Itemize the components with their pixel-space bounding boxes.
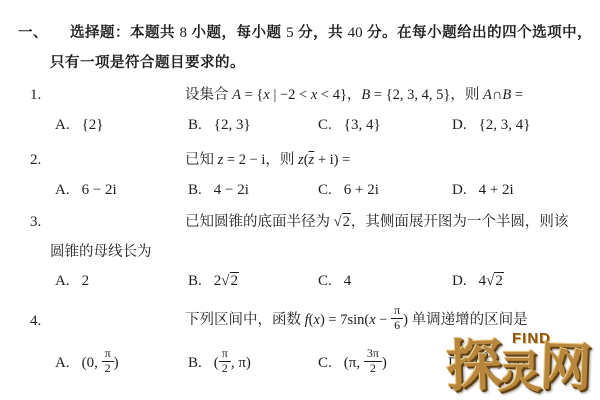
math-text: = 2 − i， bbox=[223, 152, 280, 168]
option-value: {3, 4} bbox=[344, 117, 381, 133]
math-text: = { bbox=[241, 87, 263, 103]
option-value: (0, π2) bbox=[82, 355, 119, 371]
stem-text: 已知圆锥的底面半径为 bbox=[185, 214, 334, 230]
fraction-numerator: π bbox=[219, 347, 231, 362]
header-text: 小题，每小题 bbox=[187, 25, 286, 41]
math-var: A bbox=[483, 87, 492, 103]
stem-text: 已知 bbox=[185, 152, 218, 168]
math-text: (π, bbox=[344, 355, 364, 371]
option-label: D. bbox=[452, 182, 467, 198]
option-label: B. bbox=[188, 273, 202, 289]
fraction-numerator: π bbox=[391, 304, 403, 319]
option-value: (π2, π) bbox=[214, 355, 251, 371]
option-value: {2} bbox=[82, 117, 104, 133]
option-2a: A.6 − 2i bbox=[55, 180, 117, 200]
radical-sign: √ bbox=[221, 273, 229, 289]
header-text: 分。在每小题给出的四个选项中， bbox=[363, 25, 593, 41]
watermark-site-name: 探灵网 bbox=[446, 322, 592, 400]
radicand: 2 bbox=[342, 213, 351, 230]
header-count: 8 bbox=[180, 25, 188, 41]
option-3c: C.4 bbox=[318, 271, 351, 291]
math-text: = bbox=[511, 87, 523, 103]
option-label: B. bbox=[188, 182, 202, 198]
radical-sign: √ bbox=[334, 214, 342, 230]
coefficient: 4 bbox=[479, 273, 487, 289]
section-number: 一、 bbox=[18, 23, 48, 43]
option-value: 2√2 bbox=[214, 272, 239, 289]
option-3d: D.4√2 bbox=[452, 271, 504, 291]
option-4c: C.(π, 3π2) bbox=[318, 346, 387, 386]
intersection-symbol: ∩ bbox=[492, 87, 502, 103]
option-value: 6 + 2i bbox=[344, 182, 379, 198]
option-label: B. bbox=[188, 117, 202, 133]
option-label: A. bbox=[55, 182, 70, 198]
option-label: D. bbox=[452, 273, 467, 289]
question-3-stem-line2: 圆锥的母线长为 bbox=[50, 242, 152, 262]
watermark-char: 探 bbox=[445, 321, 504, 400]
stem-text: 则 bbox=[465, 87, 483, 103]
option-2d: D.4 + 2i bbox=[452, 180, 514, 200]
option-4a: A.(0, π2) bbox=[55, 346, 119, 386]
question-2-options: A.6 − 2i B.4 − 2i C.6 + 2i D.4 + 2i bbox=[0, 180, 600, 202]
sqrt-expression: √2 bbox=[334, 213, 351, 230]
question-1-options: A.{2} B.{2, 3} C.{3, 4} D.{2, 3, 4} bbox=[0, 115, 600, 137]
stem-text: 设集合 bbox=[185, 87, 232, 103]
fraction: π2 bbox=[219, 347, 231, 376]
header-text: 选择题：本题共 bbox=[70, 25, 180, 41]
fraction-denominator: 2 bbox=[364, 362, 382, 376]
fraction: π6 bbox=[391, 304, 403, 333]
watermark-char: 网 bbox=[539, 324, 594, 400]
option-1b: B.{2, 3} bbox=[188, 115, 251, 135]
question-2-number: 2. bbox=[30, 150, 41, 170]
option-value: {2, 3} bbox=[214, 117, 251, 133]
math-var: B bbox=[502, 87, 511, 103]
option-value: 4 bbox=[344, 273, 352, 289]
header-points: 5 bbox=[286, 25, 294, 41]
option-2b: B.4 − 2i bbox=[188, 180, 249, 200]
option-1c: C.{3, 4} bbox=[318, 115, 381, 135]
math-text: | −2 < bbox=[270, 87, 311, 103]
math-text: , π) bbox=[231, 355, 251, 371]
option-value: 4√2 bbox=[479, 272, 504, 289]
watermark-logo: FIND 探灵网 bbox=[446, 328, 598, 400]
exam-page: 一、 选择题：本题共 8 小题，每小题 5 分，共 40 分。在每小题给出的四个… bbox=[0, 0, 600, 400]
option-label: A. bbox=[55, 355, 70, 371]
math-var: A bbox=[232, 87, 241, 103]
math-text: + i) = bbox=[314, 152, 350, 168]
question-1-stem: 设集合 A = {x | −2 < x < 4}，B = {2, 3, 4, 5… bbox=[185, 85, 523, 105]
option-label: A. bbox=[55, 117, 70, 133]
fraction: 3π2 bbox=[364, 347, 382, 376]
math-var: B bbox=[361, 87, 370, 103]
math-text: ) bbox=[403, 312, 411, 328]
radicand: 2 bbox=[494, 272, 504, 289]
question-2-stem: 已知 z = 2 − i，则 z(z + i) = bbox=[185, 150, 350, 170]
math-text: (0, bbox=[82, 355, 102, 371]
stem-text: 下列区间中，函数 bbox=[185, 312, 305, 328]
question-4-number: 4. bbox=[30, 311, 41, 331]
math-text: < 4}， bbox=[317, 87, 361, 103]
option-label: D. bbox=[452, 117, 467, 133]
option-label: C. bbox=[318, 273, 332, 289]
option-value: 6 − 2i bbox=[82, 182, 117, 198]
question-3-number: 3. bbox=[30, 212, 41, 232]
sqrt-expression: √2 bbox=[486, 272, 504, 289]
option-label: B. bbox=[188, 355, 202, 371]
fraction: π2 bbox=[102, 347, 114, 376]
option-value: 4 − 2i bbox=[214, 182, 249, 198]
question-1-number: 1. bbox=[30, 85, 41, 105]
math-text: ) = 7sin( bbox=[320, 312, 369, 328]
sqrt-expression: √2 bbox=[221, 272, 239, 289]
fraction-denominator: 6 bbox=[391, 319, 403, 333]
radicand: 2 bbox=[230, 272, 240, 289]
option-value: {2, 3, 4} bbox=[479, 117, 531, 133]
option-3a: A.2 bbox=[55, 271, 89, 291]
question-3-options: A.2 B.2√2 C.4 D.4√2 bbox=[0, 271, 600, 293]
question-3-stem-line1: 已知圆锥的底面半径为 √2，其侧面展开图为一个半圆，则该 bbox=[185, 212, 568, 232]
option-value: (π, 3π2) bbox=[344, 355, 387, 371]
option-value: 2 bbox=[82, 273, 90, 289]
section-header-line1: 选择题：本题共 8 小题，每小题 5 分，共 40 分。在每小题给出的四个选项中… bbox=[70, 23, 592, 43]
header-text: 分，共 bbox=[294, 25, 348, 41]
option-2c: C.6 + 2i bbox=[318, 180, 379, 200]
option-4b: B.(π2, π) bbox=[188, 346, 251, 386]
math-text: ) bbox=[114, 355, 119, 371]
option-1a: A.{2} bbox=[55, 115, 104, 135]
option-label: C. bbox=[318, 117, 332, 133]
option-3b: B.2√2 bbox=[188, 271, 239, 291]
option-label: C. bbox=[318, 355, 332, 371]
option-value: 4 + 2i bbox=[479, 182, 514, 198]
watermark-char: 灵 bbox=[498, 336, 542, 400]
option-label: A. bbox=[55, 273, 70, 289]
math-text: − bbox=[376, 312, 391, 328]
fraction-numerator: 3π bbox=[364, 347, 382, 362]
math-text: = {2, 3, 4, 5}， bbox=[370, 87, 465, 103]
section-header-line2: 只有一项是符合题目要求的。 bbox=[50, 53, 245, 73]
math-text: ) bbox=[382, 355, 387, 371]
fraction-denominator: 2 bbox=[102, 362, 114, 376]
option-label: C. bbox=[318, 182, 332, 198]
stem-text: 则 bbox=[280, 152, 298, 168]
fraction-denominator: 2 bbox=[219, 362, 231, 376]
stem-text: ，其侧面展开图为一个半圆，则该 bbox=[351, 214, 569, 230]
header-total-points: 40 bbox=[348, 25, 363, 41]
fraction-numerator: π bbox=[102, 347, 114, 362]
option-1d: D.{2, 3, 4} bbox=[452, 115, 531, 135]
